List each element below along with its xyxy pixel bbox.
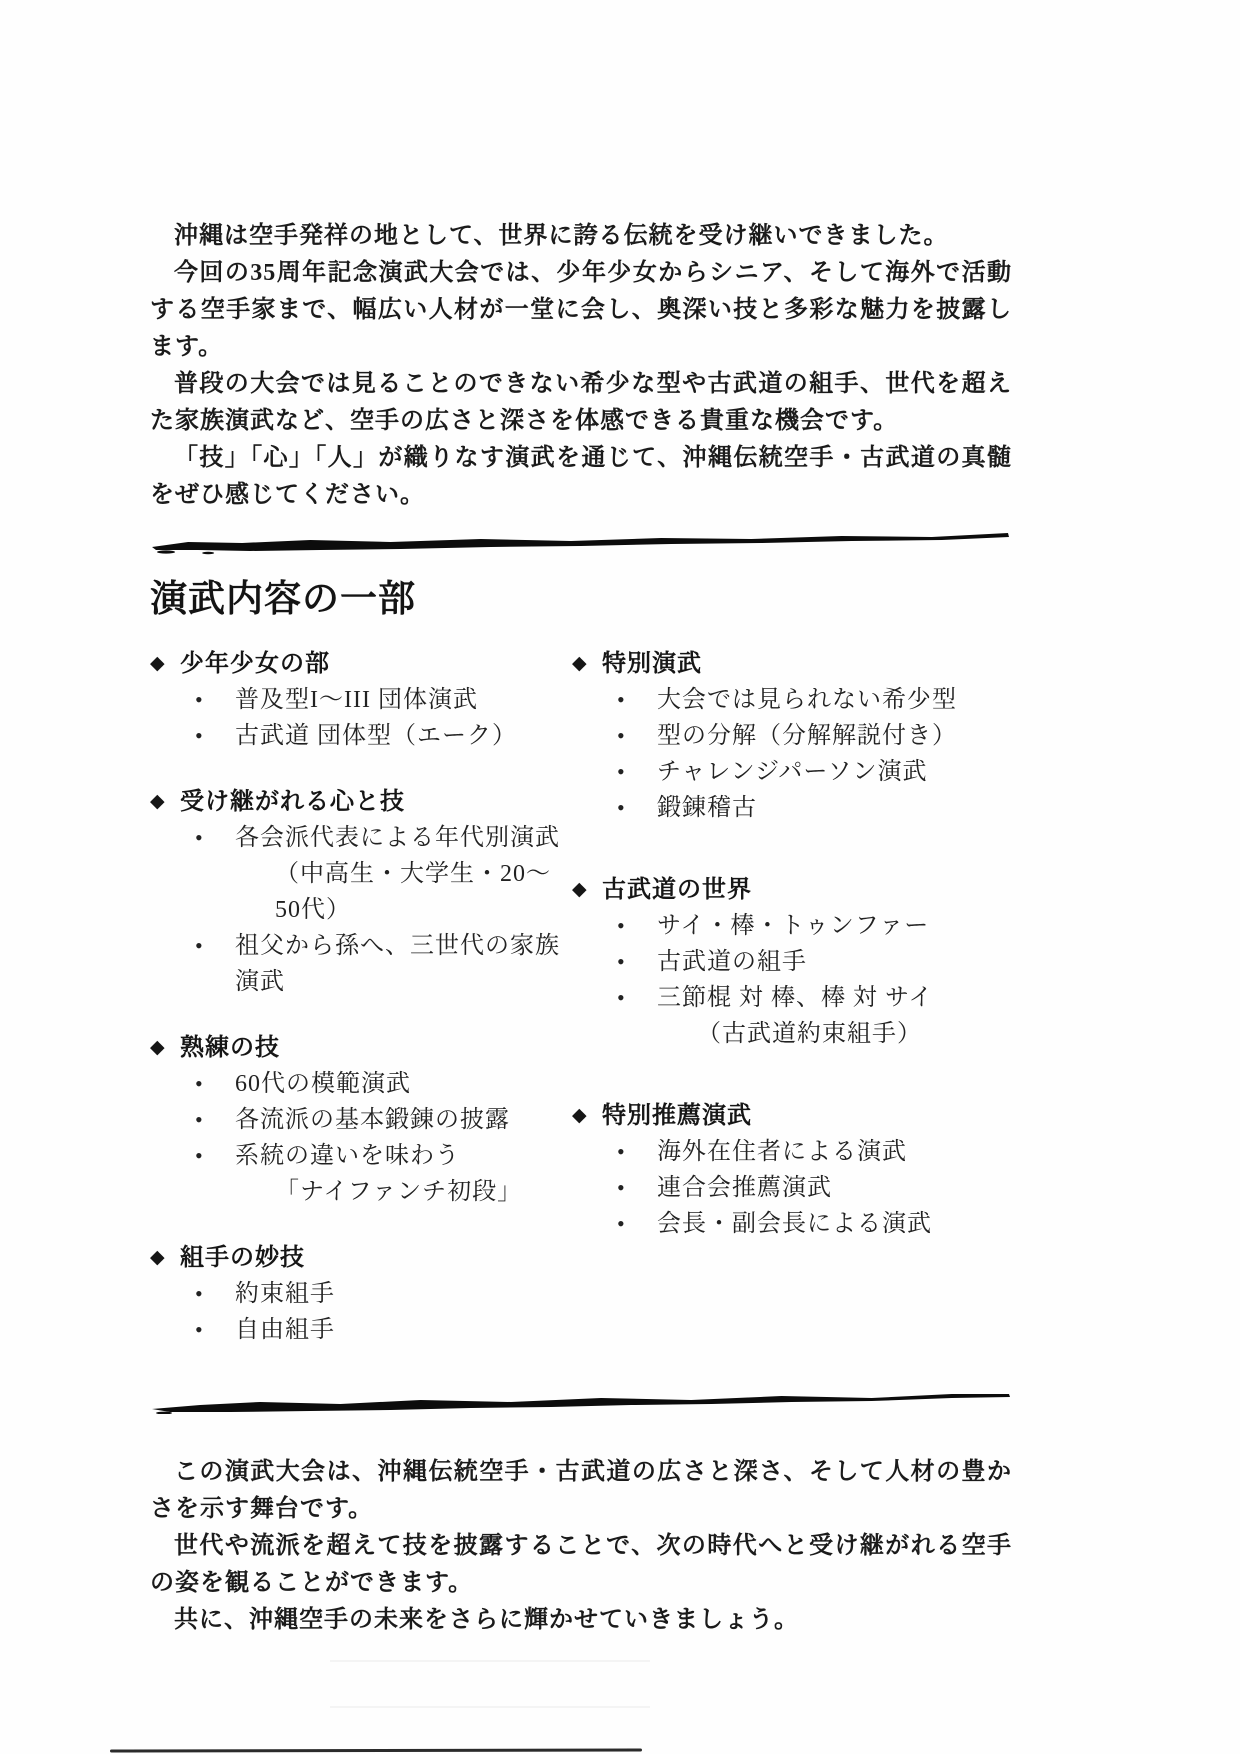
bullet-icon: •: [195, 928, 235, 964]
bullet-icon: •: [617, 1170, 657, 1206]
bullet-icon: •: [195, 718, 235, 754]
list-item-note: （古武道約束組手）: [572, 1016, 1012, 1052]
program-column-right: ◆特別演武 •大会では見られない希少型 •型の分解（分解解説付き） •チャレンジ…: [572, 646, 1012, 1288]
program-column-left: ◆少年少女の部 •普及型I～III 団体演武 •古武道 団体型（エーク） ◆受け…: [150, 646, 572, 1378]
program-group-heading: ◆特別推薦演武: [572, 1098, 1012, 1134]
intro-paragraph: 普段の大会では見ることのできない希少な型や古武道の組手、世代を超えた家族演武など…: [150, 366, 1012, 440]
list-item: •サイ・棒・トゥンファー: [572, 908, 1012, 944]
list-item: •連合会推薦演武: [572, 1170, 1012, 1206]
diamond-icon: ◆: [150, 1240, 180, 1276]
program-group-heading: ◆受け継がれる心と技: [150, 784, 572, 820]
diamond-icon: ◆: [572, 1098, 602, 1134]
item-text: 古武道 団体型（エーク）: [235, 723, 517, 749]
program-group-recommended: ◆特別推薦演武 •海外在住者による演武 •連合会推薦演武 •会長・副会長による演…: [572, 1098, 1012, 1242]
item-note-text: 「ナイファンチ初段」: [275, 1179, 522, 1205]
item-text: 各会派代表による年代別演武: [235, 825, 560, 851]
item-text: 会長・副会長による演武: [657, 1211, 932, 1237]
bullet-icon: •: [617, 754, 657, 790]
diamond-icon: ◆: [572, 872, 602, 908]
program-group-kobudo: ◆古武道の世界 •サイ・棒・トゥンファー •古武道の組手 •三節棍 対 棒、棒 …: [572, 872, 1012, 1052]
list-item: •古武道の組手: [572, 944, 1012, 980]
item-text: 自由組手: [235, 1317, 335, 1343]
item-text: 系統の違いを味わう: [235, 1143, 460, 1169]
list-item: •鍛錬稽古: [572, 790, 1012, 826]
bullet-icon: •: [195, 1138, 235, 1174]
item-text: 大会では見られない希少型: [657, 687, 957, 713]
bullet-icon: •: [617, 682, 657, 718]
list-item: •大会では見られない希少型: [572, 682, 1012, 718]
group-title: 受け継がれる心と技: [180, 789, 405, 815]
item-text: チャレンジパーソン演武: [657, 759, 927, 785]
diamond-icon: ◆: [150, 1030, 180, 1066]
bullet-icon: •: [617, 1134, 657, 1170]
intro-paragraph: 今回の35周年記念演武大会では、少年少女からシニア、そして海外で活動する空手家ま…: [150, 255, 1012, 366]
group-title: 古武道の世界: [602, 877, 752, 903]
program-group-mastery: ◆熟練の技 •60代の模範演武 •各流派の基本鍛錬の披露 •系統の違いを味わう …: [150, 1030, 572, 1210]
item-text: 約束組手: [235, 1281, 335, 1307]
scan-artifact: [330, 1660, 650, 1662]
item-text: 祖父から孫へ、三世代の家族演武: [235, 933, 560, 995]
bullet-icon: •: [195, 682, 235, 718]
diamond-icon: ◆: [150, 646, 180, 682]
scanned-document-page: 沖縄は空手発祥の地として、世界に誇る伝統を受け継いできました。 今回の35周年記…: [0, 0, 1240, 1754]
group-title: 組手の妙技: [180, 1245, 305, 1271]
closing-paragraph: 共に、沖縄空手の未来をさらに輝かせていきましょう。: [150, 1602, 1012, 1639]
group-title: 熟練の技: [180, 1035, 280, 1061]
list-item: •祖父から孫へ、三世代の家族演武: [150, 928, 572, 1000]
bullet-icon: •: [195, 1066, 235, 1102]
bullet-icon: •: [195, 820, 235, 856]
item-text: 海外在住者による演武: [657, 1139, 907, 1165]
list-item: •各流派の基本鍛錬の披露: [150, 1102, 572, 1138]
bullet-icon: •: [617, 1206, 657, 1242]
item-text: 型の分解（分解解説付き）: [657, 723, 957, 749]
list-item-note: 「ナイファンチ初段」: [150, 1174, 572, 1210]
list-item: •各会派代表による年代別演武: [150, 820, 572, 856]
brush-divider: [150, 530, 1012, 556]
scan-artifact: [330, 1706, 650, 1708]
item-text: 連合会推薦演武: [657, 1175, 832, 1201]
group-title: 特別推薦演武: [602, 1103, 752, 1129]
program-group-inherited: ◆受け継がれる心と技 •各会派代表による年代別演武 （中高生・大学生・20～50…: [150, 784, 572, 1000]
intro-paragraph: 「技」「心」「人」が織りなす演武を通じて、沖縄伝統空手・古武道の真髄をぜひ感じて…: [150, 440, 1012, 514]
program-group-heading: ◆特別演武: [572, 646, 1012, 682]
item-note-text: （古武道約束組手）: [697, 1021, 922, 1047]
section-title: 演武内容の一部: [150, 576, 1012, 622]
list-item: •チャレンジパーソン演武: [572, 754, 1012, 790]
item-text: 60代の模範演武: [235, 1071, 411, 1097]
bullet-icon: •: [195, 1276, 235, 1312]
program-group-heading: ◆熟練の技: [150, 1030, 572, 1066]
item-text: サイ・棒・トゥンファー: [657, 913, 929, 939]
list-item: •三節棍 対 棒、棒 対 サイ: [572, 980, 1012, 1016]
bullet-icon: •: [617, 908, 657, 944]
diamond-icon: ◆: [150, 784, 180, 820]
program-group-special: ◆特別演武 •大会では見られない希少型 •型の分解（分解解説付き） •チャレンジ…: [572, 646, 1012, 826]
list-item-note: （中高生・大学生・20～50代）: [150, 856, 572, 928]
cut-off-brush-divider: [110, 1748, 642, 1752]
bullet-icon: •: [195, 1312, 235, 1348]
program-group-juniors: ◆少年少女の部 •普及型I～III 団体演武 •古武道 団体型（エーク）: [150, 646, 572, 754]
list-item: •系統の違いを味わう: [150, 1138, 572, 1174]
closing-paragraph: この演武大会は、沖縄伝統空手・古武道の広さと深さ、そして人材の豊かさを示す舞台で…: [150, 1454, 1012, 1528]
program-columns: ◆少年少女の部 •普及型I～III 団体演武 •古武道 団体型（エーク） ◆受け…: [150, 646, 1012, 1378]
item-text: 各流派の基本鍛錬の披露: [235, 1107, 510, 1133]
diamond-icon: ◆: [572, 646, 602, 682]
list-item: •自由組手: [150, 1312, 572, 1348]
program-group-kumite: ◆組手の妙技 •約束組手 •自由組手: [150, 1240, 572, 1348]
item-text: 三節棍 対 棒、棒 対 サイ: [657, 985, 933, 1011]
item-note-text: （中高生・大学生・20～50代）: [275, 861, 551, 923]
list-item: •約束組手: [150, 1276, 572, 1312]
list-item: •古武道 団体型（エーク）: [150, 718, 572, 754]
bullet-icon: •: [195, 1102, 235, 1138]
intro-section: 沖縄は空手発祥の地として、世界に誇る伝統を受け継いできました。 今回の35周年記…: [150, 0, 1012, 514]
list-item: •普及型I～III 団体演武: [150, 682, 572, 718]
document-content: 沖縄は空手発祥の地として、世界に誇る伝統を受け継いできました。 今回の35周年記…: [150, 0, 1012, 1639]
bullet-icon: •: [617, 718, 657, 754]
closing-section: この演武大会は、沖縄伝統空手・古武道の広さと深さ、そして人材の豊かさを示す舞台で…: [150, 1454, 1012, 1639]
item-text: 普及型I～III 団体演武: [235, 687, 478, 713]
group-title: 少年少女の部: [180, 651, 330, 677]
program-group-heading: ◆組手の妙技: [150, 1240, 572, 1276]
item-text: 古武道の組手: [657, 949, 807, 975]
list-item: •60代の模範演武: [150, 1066, 572, 1102]
closing-paragraph: 世代や流派を超えて技を披露することで、次の時代へと受け継がれる空手の姿を観ること…: [150, 1528, 1012, 1602]
list-item: •型の分解（分解解説付き）: [572, 718, 1012, 754]
list-item: •海外在住者による演武: [572, 1134, 1012, 1170]
brush-divider: [150, 1388, 1012, 1414]
list-item: •会長・副会長による演武: [572, 1206, 1012, 1242]
program-group-heading: ◆古武道の世界: [572, 872, 1012, 908]
program-group-heading: ◆少年少女の部: [150, 646, 572, 682]
group-title: 特別演武: [602, 651, 702, 677]
item-text: 鍛錬稽古: [657, 795, 757, 821]
intro-paragraph: 沖縄は空手発祥の地として、世界に誇る伝統を受け継いできました。: [150, 218, 1012, 255]
bullet-icon: •: [617, 980, 657, 1016]
bullet-icon: •: [617, 944, 657, 980]
bullet-icon: •: [617, 790, 657, 826]
